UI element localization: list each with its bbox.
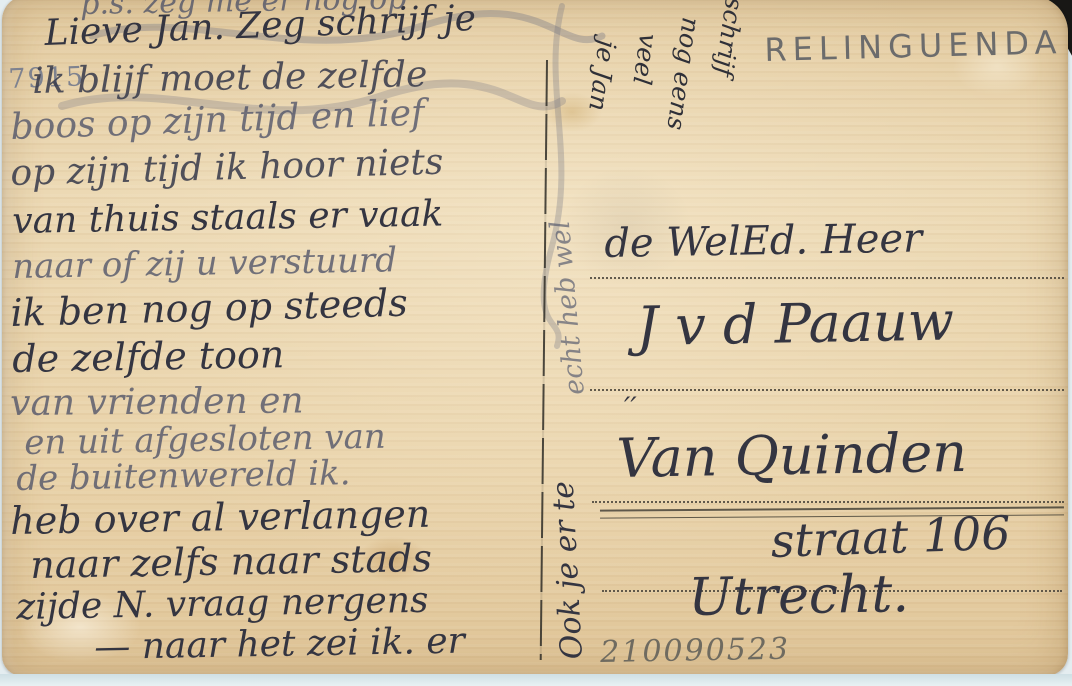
message-line: — naar het zei ik. er (94, 624, 465, 666)
address-rule-2 (590, 389, 1064, 391)
ditto-marks: ′′ (624, 394, 637, 422)
address-line-4: straat 106 (770, 510, 1011, 564)
divider-note: echt heb wel (547, 219, 589, 396)
message-line: van thuis staals er vaak (12, 196, 444, 240)
pencil-title: RELINGUENDA (764, 26, 1063, 66)
catalog-number: 210090523 (600, 635, 790, 668)
address-line-1: de WelEd. Heer (604, 218, 923, 264)
address-rule-3 (592, 501, 1064, 503)
message-line: heb over al verlangen (10, 495, 431, 540)
rotated-scrawl-block: schrijf nog eens veel je Jan (563, 0, 754, 234)
message-line: de zelfde toon (12, 335, 285, 378)
scan-background-strip (0, 674, 1072, 686)
message-line: naar zelfs naar stads (30, 539, 432, 584)
message-line: van vrienden en (10, 383, 304, 422)
message-line: ik ben nog op steeds (10, 284, 408, 332)
message-line: boos op zijn tijd en lief (10, 96, 425, 146)
address-line-3: Van Quinden (616, 426, 967, 486)
message-line: op zijn tijd ik hoor niets (10, 145, 444, 192)
address-line-5: Utrecht. (688, 568, 909, 624)
divider-note: Ook je er te (549, 480, 588, 660)
postcard-scan: RELINGUENDA 7915 210090523 p.s. zeg me e… (0, 0, 1072, 686)
message-line: de buitenwereld ik. (16, 456, 351, 496)
postcard: RELINGUENDA 7915 210090523 p.s. zeg me e… (2, 0, 1068, 676)
address-line-2: J v d Paauw (636, 294, 954, 354)
divider-line (540, 60, 548, 660)
address-rule-1 (590, 277, 1064, 279)
message-line: zijde N. vraag nergens (16, 583, 429, 626)
message-line: naar of zij u verstuurd (12, 243, 397, 284)
